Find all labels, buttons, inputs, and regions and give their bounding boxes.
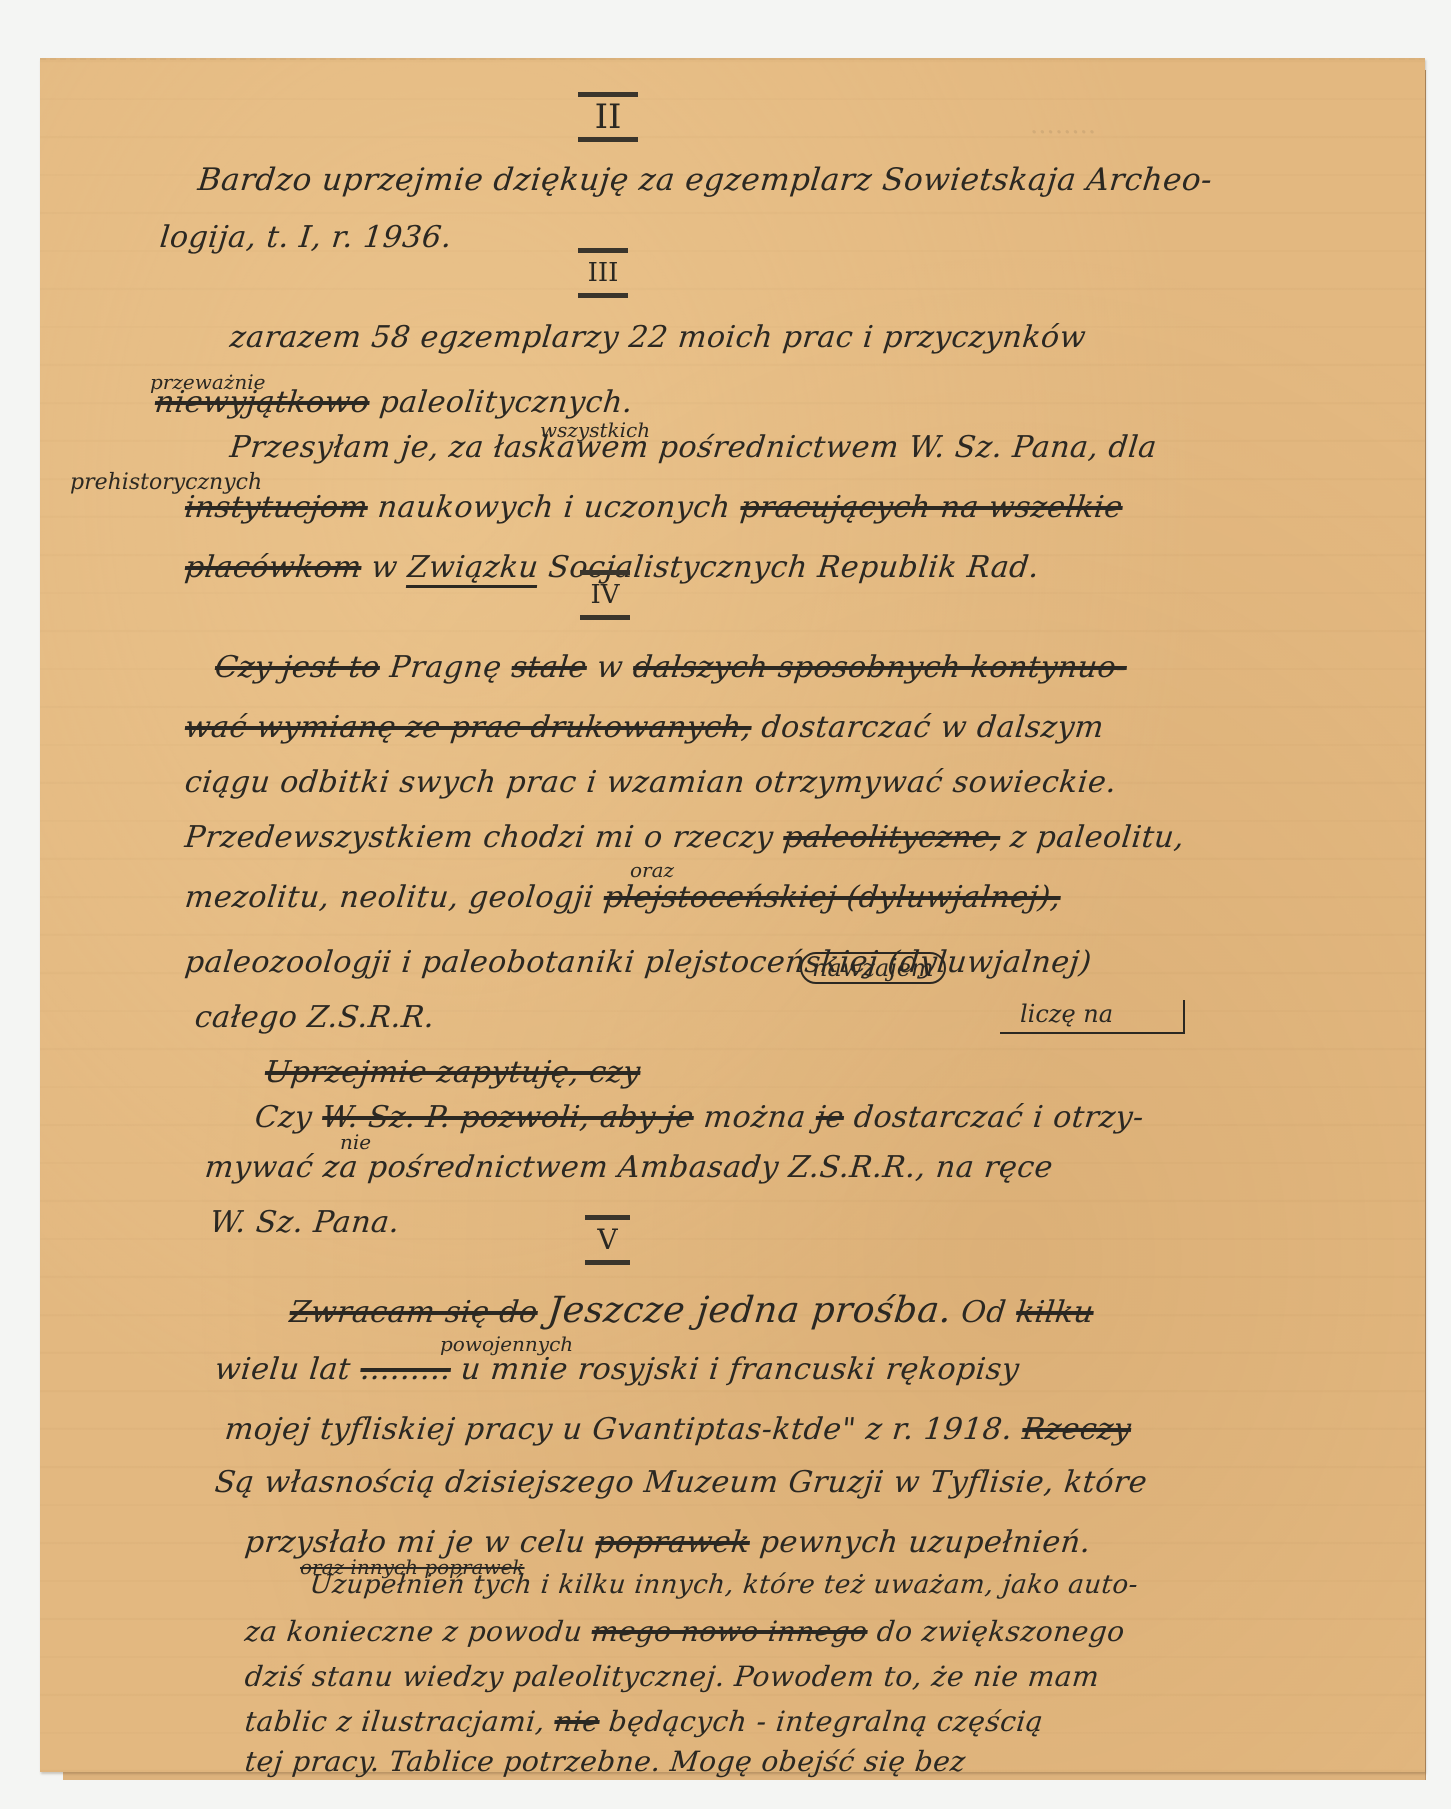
text-fragment: można	[702, 1100, 808, 1135]
text-fragment: w	[595, 650, 625, 685]
deleted-word: plejstoceńskiej (dyluwjalnej),	[602, 880, 1063, 915]
section-numeral-v: V	[585, 1215, 630, 1265]
text-line: mezolitu, neolitu, geologji plejstoceńsk…	[183, 880, 1062, 915]
text-fragment: w Związku Socjalistycznych Republik Rad.	[370, 550, 1041, 588]
text-fragment: mojej tyfliskiej pracy u Gvantiptas-ktde…	[223, 1412, 1014, 1447]
insertion-oraz: oraz	[630, 858, 674, 882]
text-fragment: za konieczne z powodu	[243, 1615, 584, 1648]
text-line: Bardzo uprzejmie dziękuję za egzemplarz …	[196, 162, 1214, 198]
text-line: za konieczne z powodu mego nowo innego d…	[243, 1615, 1126, 1648]
deleted-word: paleolityczne,	[782, 820, 1003, 855]
insertion-licze-na: liczę na	[1000, 1000, 1185, 1034]
text-line: dziś stanu wiedzy paleolitycznej. Powode…	[243, 1660, 1101, 1693]
text-line: Czy W. Sz. P. pozwoli, aby je można je d…	[253, 1100, 1145, 1135]
text-fragment: Jeszcze jedna prośba.	[546, 1290, 954, 1331]
deleted-word: poprawek	[594, 1525, 752, 1560]
text-fragment: Przedewszystkiem chodzi mi o rzeczy	[183, 820, 775, 855]
text-line: zarazem 58 egzemplarzy 22 moich prac i p…	[228, 320, 1088, 355]
text-line: wać wymianę ze prac drukowanych, dostarc…	[183, 710, 1106, 745]
text-line: niewyjątkowo paleolitycznych.	[153, 385, 634, 420]
deleted-word: Uprzejmie zapytuję, czy	[263, 1055, 642, 1090]
text-fragment: pewnych uzupełnień.	[758, 1525, 1092, 1560]
deleted-word: mego nowo innego	[590, 1615, 869, 1648]
manuscript-page	[40, 58, 1425, 1772]
text-line: mojej tyfliskiej pracy u Gvantiptas-ktde…	[223, 1412, 1133, 1447]
text-line: tej pracy. Tablice potrzebne. Mogę obejś…	[243, 1745, 967, 1778]
deleted-word: instytucjom	[183, 490, 369, 525]
deleted-word: Rzeczy	[1021, 1412, 1133, 1447]
insertion-nawzajem: nawzajem	[800, 952, 946, 984]
text-line: instytucjom naukowych i uczonych pracują…	[183, 490, 1124, 525]
text-line: Czy jest to Pragnę stale w dalszych spos…	[213, 650, 1129, 685]
text-fragment: Pragnę	[388, 650, 503, 685]
text-line: Przedewszystkiem chodzi mi o rzeczy pale…	[183, 820, 1186, 855]
text-line: tablic z ilustracjami, nie będących - in…	[243, 1705, 1045, 1738]
text-fragment: mezolitu, neolitu, geologji	[183, 880, 595, 915]
text-line: W. Sz. Pana.	[208, 1205, 401, 1240]
text-fragment: tablic z ilustracjami,	[243, 1705, 547, 1738]
text-fragment: paleolitycznych.	[378, 385, 635, 420]
section-numeral-iv: IV	[580, 570, 630, 620]
deleted-word: niewyjątkowo	[153, 385, 371, 420]
deleted-word: nie	[553, 1705, 602, 1738]
section-numeral-ii: II	[578, 92, 638, 142]
text-fragment: Od	[960, 1295, 1008, 1330]
bleed-through-text: ........	[1030, 110, 1096, 140]
deleted-word: je	[814, 1100, 846, 1135]
text-line: ciągu odbitki swych prac i wzamian otrzy…	[183, 765, 1118, 800]
deleted-word: Czy jest to	[213, 650, 382, 685]
deleted-word: pracujących na wszelkie	[739, 490, 1125, 525]
text-fragment: wielu lat	[213, 1352, 352, 1387]
text-line: wielu lat ......... u mnie rosyjski i fr…	[213, 1352, 1021, 1387]
text-fragment: u mnie rosyjski i francuski rękopisy	[459, 1352, 1021, 1387]
deleted-word: Zwracam się do	[288, 1295, 540, 1330]
text-line: logija, t. I, r. 1936.	[158, 220, 453, 255]
text-fragment: będących - integralną częścią	[607, 1705, 1045, 1738]
text-fragment: dostarczać w dalszym	[760, 710, 1106, 745]
text-fragment: dostarczać i otrzy-	[852, 1100, 1145, 1135]
deleted-word: wać wymianę ze prac drukowanych,	[183, 710, 753, 745]
text-fragment: do zwiększonego	[875, 1615, 1126, 1648]
deleted-word: placówkom	[183, 550, 363, 585]
deleted-word: kilku	[1014, 1295, 1095, 1330]
deleted-word: .........	[359, 1352, 453, 1387]
text-line: Uzupełnień tych i kilku innych, które te…	[308, 1570, 1139, 1600]
text-line: Przesyłam je, za łaskawem pośrednictwem …	[228, 430, 1158, 465]
text-line: paleozoologji i paleobotaniki plejstoceń…	[183, 945, 1093, 980]
text-fragment: Czy	[253, 1100, 314, 1135]
section-numeral-iii: III	[578, 248, 628, 298]
text-fragment: z paleolitu,	[1008, 820, 1186, 855]
text-line: Uprzejmie zapytuję, czy	[263, 1055, 642, 1090]
text-fragment: naukowych i uczonych	[376, 490, 732, 525]
text-line: mywać za pośrednictwem Ambasady Z.S.R.R.…	[203, 1150, 1055, 1185]
text-line: Zwracam się do Jeszcze jedna prośba. Od …	[288, 1290, 1096, 1331]
deleted-word: dalszych sposobnych kontynuo-	[631, 650, 1128, 685]
deleted-word: W. Sz. P. pozwoli, aby je	[320, 1100, 695, 1135]
text-line: Są własnością dzisiejszego Muzeum Gruzji…	[213, 1465, 1149, 1500]
text-line: całego Z.S.R.R.	[193, 1000, 436, 1035]
deleted-word: stale	[510, 650, 589, 685]
